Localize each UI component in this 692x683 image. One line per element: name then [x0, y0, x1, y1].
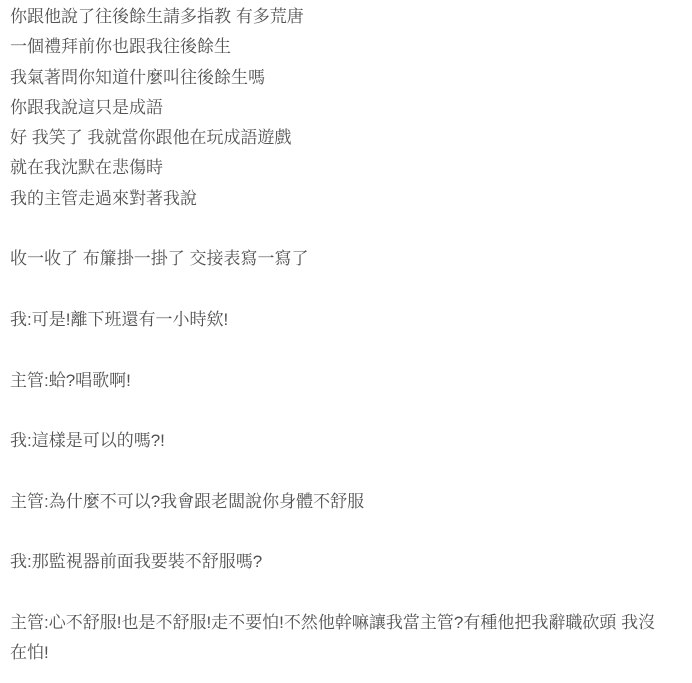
text-line: 一個禮拜前你也跟我往後餘生: [10, 32, 664, 62]
text-line: 我:這樣是可以的嗎?!: [10, 426, 664, 456]
blank-line: [10, 456, 664, 486]
text-line: 你跟我說這只是成語: [10, 93, 664, 123]
blank-line: [10, 335, 664, 365]
text-line: 好 我笑了 我就當你跟他在玩成語遊戲: [10, 123, 664, 153]
text-line: 我的主管走過來對著我說: [10, 184, 664, 214]
post-content: 你跟他說了往後餘生請多指教 有多荒唐一個禮拜前你也跟我往後餘生我氣著問你知道什麼…: [0, 0, 692, 669]
text-line: 主管:心不舒服!也是不舒服!走不要怕!不然他幹嘛讓我當主管?有種他把我辭職砍頭 …: [10, 608, 664, 669]
text-line: 主管:為什麼不可以?我會跟老闆說你身體不舒服: [10, 487, 664, 517]
text-line: 你跟他說了往後餘生請多指教 有多荒唐: [10, 2, 664, 32]
text-line: 我:可是!離下班還有一小時欸!: [10, 305, 664, 335]
text-line: 就在我沈默在悲傷時: [10, 153, 664, 183]
blank-line: [10, 275, 664, 305]
text-line: 主管:蛤?唱歌啊!: [10, 366, 664, 396]
text-line: 我:那監視器前面我要裝不舒服嗎?: [10, 547, 664, 577]
blank-line: [10, 214, 664, 244]
text-line: 我氣著問你知道什麼叫往後餘生嗎: [10, 63, 664, 93]
blank-line: [10, 396, 664, 426]
blank-line: [10, 578, 664, 608]
text-line: 收一收了 布簾掛一掛了 交接表寫一寫了: [10, 244, 664, 274]
blank-line: [10, 517, 664, 547]
